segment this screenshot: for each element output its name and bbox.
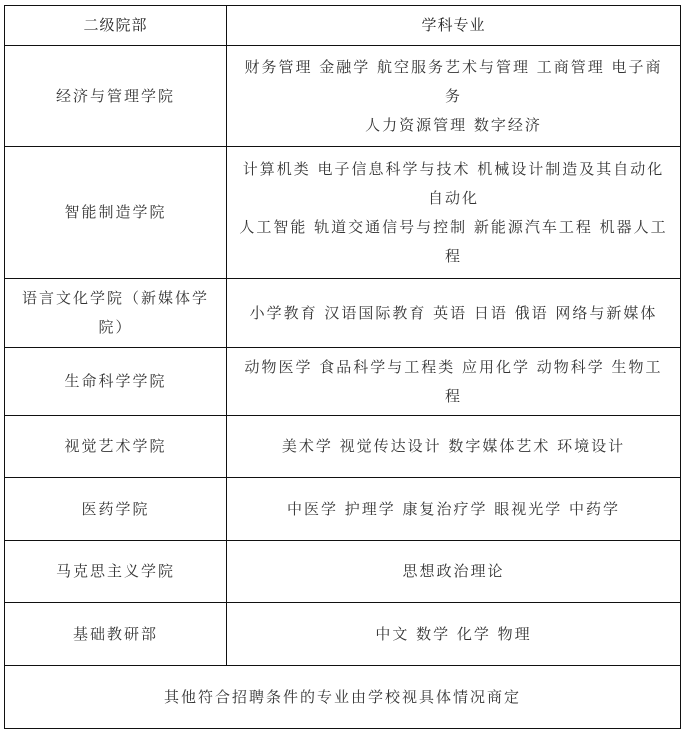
majors-cell: 计算机类 电子信息科学与技术 机械设计制造及其自动化 自动化 人工智能 轨道交通… xyxy=(227,147,681,279)
majors-cell: 美术学 视觉传达设计 数字媒体艺术 环境设计 xyxy=(227,416,681,478)
majors-line: 美术学 视觉传达设计 数字媒体艺术 环境设计 xyxy=(237,432,670,461)
table-footer-row: 其他符合招聘条件的专业由学校视具体情况商定 xyxy=(5,666,681,729)
majors-cell: 小学教育 汉语国际教育 英语 日语 俄语 网络与新媒体 xyxy=(227,279,681,348)
majors-cell: 财务管理 金融学 航空服务艺术与管理 工商管理 电子商务 人力资源管理 数字经济 xyxy=(227,46,681,147)
department-cell: 语言文化学院（新媒体学院） xyxy=(5,279,227,348)
table-header-row: 二级院部 学科专业 xyxy=(5,6,681,46)
table-row: 基础教研部 中文 数学 化学 物理 xyxy=(5,603,681,666)
footer-note: 其他符合招聘条件的专业由学校视具体情况商定 xyxy=(5,666,681,729)
majors-cell: 中文 数学 化学 物理 xyxy=(227,603,681,666)
majors-line: 计算机类 电子信息科学与技术 机械设计制造及其自动化 自动化 xyxy=(237,155,670,213)
table-row: 生命科学学院 动物医学 食品科学与工程类 应用化学 动物科学 生物工程 xyxy=(5,348,681,416)
table-row: 马克思主义学院 思想政治理论 xyxy=(5,541,681,603)
majors-cell: 中医学 护理学 康复治疗学 眼视光学 中药学 xyxy=(227,478,681,541)
majors-line: 中文 数学 化学 物理 xyxy=(237,620,670,649)
majors-table: 二级院部 学科专业 经济与管理学院 财务管理 金融学 航空服务艺术与管理 工商管… xyxy=(4,5,681,729)
header-department: 二级院部 xyxy=(5,6,227,46)
table-row: 智能制造学院 计算机类 电子信息科学与技术 机械设计制造及其自动化 自动化 人工… xyxy=(5,147,681,279)
department-cell: 生命科学学院 xyxy=(5,348,227,416)
majors-line: 财务管理 金融学 航空服务艺术与管理 工商管理 电子商务 xyxy=(237,53,670,111)
department-cell: 马克思主义学院 xyxy=(5,541,227,603)
table-row: 视觉艺术学院 美术学 视觉传达设计 数字媒体艺术 环境设计 xyxy=(5,416,681,478)
majors-line: 人工智能 轨道交通信号与控制 新能源汽车工程 机器人工程 xyxy=(237,213,670,271)
department-cell: 智能制造学院 xyxy=(5,147,227,279)
majors-line: 动物医学 食品科学与工程类 应用化学 动物科学 生物工程 xyxy=(237,353,670,411)
majors-line: 小学教育 汉语国际教育 英语 日语 俄语 网络与新媒体 xyxy=(237,299,670,328)
table-row: 语言文化学院（新媒体学院） 小学教育 汉语国际教育 英语 日语 俄语 网络与新媒… xyxy=(5,279,681,348)
department-cell: 视觉艺术学院 xyxy=(5,416,227,478)
majors-line: 中医学 护理学 康复治疗学 眼视光学 中药学 xyxy=(237,495,670,524)
majors-line: 人力资源管理 数字经济 xyxy=(237,111,670,140)
table-row: 医药学院 中医学 护理学 康复治疗学 眼视光学 中药学 xyxy=(5,478,681,541)
department-cell: 基础教研部 xyxy=(5,603,227,666)
majors-cell: 思想政治理论 xyxy=(227,541,681,603)
header-majors: 学科专业 xyxy=(227,6,681,46)
department-cell: 经济与管理学院 xyxy=(5,46,227,147)
majors-line: 思想政治理论 xyxy=(237,557,670,586)
department-cell: 医药学院 xyxy=(5,478,227,541)
majors-cell: 动物医学 食品科学与工程类 应用化学 动物科学 生物工程 xyxy=(227,348,681,416)
table-row: 经济与管理学院 财务管理 金融学 航空服务艺术与管理 工商管理 电子商务 人力资… xyxy=(5,46,681,147)
